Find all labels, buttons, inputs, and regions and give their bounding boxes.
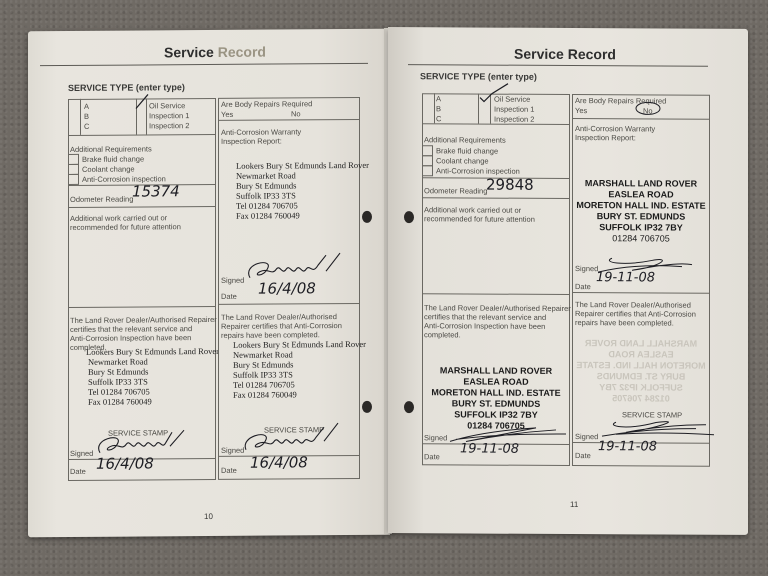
checkmark-icon (134, 92, 154, 110)
body-repairs-yes[interactable]: Yes (575, 106, 587, 115)
date-label: Date (221, 466, 237, 475)
warranty-date: 16/4/08 (258, 279, 316, 297)
signed-label: Signed (221, 276, 244, 285)
title-service: Service (164, 44, 214, 60)
warranty-label: Inspection Report: (221, 136, 282, 145)
repairs-stamp: Lookers Bury St Edmunds Land Rover Newma… (28, 29, 390, 32)
warranty-stamp: Lookers Bury St Edmunds Land Rover Newma… (28, 29, 390, 32)
repairs-certify-text: repairs have been completed. (575, 318, 674, 328)
repairs-date: 16/4/08 (250, 453, 308, 471)
additional-work-label: recommended for future attention (424, 214, 535, 224)
right-page: Service Record SERVICE TYPE (enter type)… (388, 27, 748, 535)
service-date: 19-11-08 (460, 441, 519, 456)
dealer-stamp: Lookers Bury St Edmunds Land Rover Newma… (28, 29, 390, 32)
date-label: Date (424, 452, 440, 461)
odometer-value: 15374 (132, 182, 180, 200)
odometer-label: Odometer Reading (424, 186, 487, 195)
additional-requirements-label: Additional Requirements (70, 144, 152, 154)
page-number: 10 (204, 512, 213, 521)
coolant-label: Coolant change (82, 165, 135, 174)
service-date: 16/4/08 (96, 454, 154, 472)
circled-answer-icon (634, 100, 662, 116)
certify-text: Anti-Corrosion Inspection have been (70, 333, 191, 343)
service-letter-a: A (436, 94, 441, 103)
signature (240, 421, 360, 456)
letter-column-divider (80, 99, 81, 135)
body-repairs-yes[interactable]: Yes (221, 110, 233, 119)
signed-label: Signed (424, 433, 447, 442)
coolant-label: Coolant change (436, 156, 489, 165)
binder-hole (404, 211, 414, 223)
anti-corrosion-checkbox[interactable] (422, 165, 433, 176)
date-label: Date (70, 467, 86, 476)
date-label: Date (575, 451, 591, 460)
odometer-label: Odometer Reading (70, 195, 133, 204)
binder-hole (404, 401, 414, 413)
brake-fluid-label: Brake fluid change (436, 146, 498, 155)
warranty-date: 19-11-08 (596, 270, 655, 285)
additional-requirements-label: Additional Requirements (424, 135, 506, 144)
anti-corrosion-label: Anti-Corrosion inspection (436, 166, 520, 175)
signed-label: Signed (575, 432, 598, 441)
brake-fluid-label: Brake fluid change (82, 154, 144, 163)
page-title: Service Record (164, 44, 266, 61)
anti-corrosion-checkbox[interactable] (68, 174, 79, 185)
warranty-label: Anti-Corrosion Warranty (575, 124, 655, 133)
ghost-stamp-offset: MARSHALL LAND ROVER EASLEA ROAD MORETON … (572, 338, 710, 339)
option-inspection-1: Inspection 1 (494, 105, 534, 114)
date-label: Date (575, 282, 591, 291)
service-letter-b: B (436, 104, 441, 113)
title-rule (40, 63, 368, 66)
option-oil-service: Oil Service (149, 101, 185, 110)
service-type-label: SERVICE TYPE (enter type) (68, 82, 185, 93)
title-record: Record (218, 44, 266, 60)
page-number: 11 (570, 500, 578, 509)
body-repairs-label: Are Body Repairs Required (221, 99, 312, 109)
body-repairs-no[interactable]: No (291, 109, 301, 118)
left-page: Service Record SERVICE TYPE (enter type)… (28, 29, 390, 538)
certify-text: completed. (424, 330, 461, 339)
service-letter-c: C (84, 122, 89, 131)
option-inspection-1: Inspection 1 (149, 111, 189, 120)
odometer-value: 29848 (486, 176, 534, 194)
checkmark-icon (478, 80, 518, 104)
warranty-label: Anti-Corrosion Warranty (221, 127, 301, 137)
repairs-date: 19-11-08 (598, 439, 657, 454)
dealer-stamp: MARSHALL LAND ROVER EASLEA ROAD MORETON … (422, 365, 570, 366)
service-letter-c: C (436, 114, 441, 123)
page-title: Service Record (514, 46, 616, 63)
service-letter-a: A (84, 102, 89, 111)
title-rule (408, 64, 708, 67)
option-inspection-2: Inspection 2 (494, 115, 534, 124)
signed-label: Signed (70, 449, 93, 458)
additional-work-label: recommended for future attention (70, 222, 181, 232)
binder-hole (362, 401, 372, 413)
warranty-stamp: MARSHALL LAND ROVER EASLEA ROAD MORETON … (572, 178, 710, 179)
date-label: Date (221, 292, 237, 301)
repairs-certify-text: Repairer certifies that Anti-Corrosion (221, 321, 342, 331)
binder-hole (362, 211, 372, 223)
signature (596, 416, 716, 441)
warranty-label: Inspection Report: (575, 133, 636, 142)
option-inspection-2: Inspection 2 (149, 121, 189, 130)
letter-column-divider (434, 93, 435, 123)
service-letter-b: B (84, 112, 89, 121)
